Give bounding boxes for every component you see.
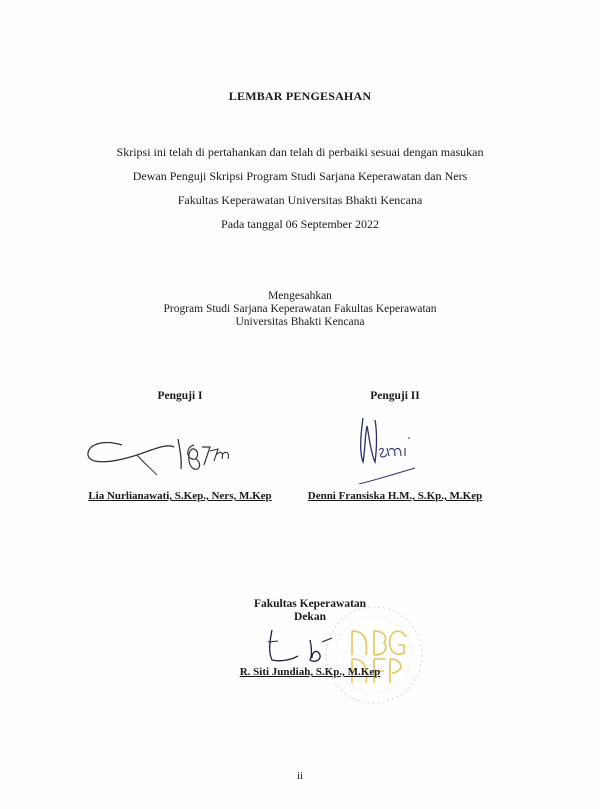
examiner-name: Lia Nurlianawati, S.Kep., Ners, M.Kep [80,490,280,502]
examiner-role: Penguji I [80,390,280,402]
approval-line: Program Studi Sarjana Keperawatan Fakult… [0,303,600,316]
page-title: LEMBAR PENGESAHAN [0,89,600,104]
dean-role: Dekan [220,611,400,624]
statement-line: Pada tanggal 06 September 2022 [0,212,600,236]
approval-block: Mengesahkan Program Studi Sarjana Kepera… [0,290,600,329]
signature-dean-icon [262,628,352,668]
signature-denni-icon [355,412,435,484]
dean-faculty: Fakultas Keperawatan [220,598,400,611]
document-page: LEMBAR PENGESAHAN Skripsi ini telah di p… [0,0,600,809]
approval-line: Universitas Bhakti Kencana [0,316,600,329]
examiner-name: Denni Fransiska H.M., S.Kp., M.Kep [300,490,490,502]
page-number: ii [0,770,600,782]
dean-block: Fakultas Keperawatan Dekan R. Siti Jundi… [220,598,400,624]
statement-line: Dewan Penguji Skripsi Program Studi Sarj… [0,164,600,188]
approval-heading: Mengesahkan [0,290,600,303]
examiner-2-block: Penguji II Denni Fransiska H.M., S.Kp., … [300,390,490,402]
signature-lia-icon [82,425,232,485]
examiner-role: Penguji II [300,390,490,402]
statement-line: Fakultas Keperawatan Universitas Bhakti … [0,188,600,212]
statement-line: Skripsi ini telah di pertahankan dan tel… [0,140,600,164]
statement-paragraph: Skripsi ini telah di pertahankan dan tel… [0,140,600,236]
examiner-1-block: Penguji I Lia Nurlianawati, S.Kep., Ners… [80,390,280,402]
